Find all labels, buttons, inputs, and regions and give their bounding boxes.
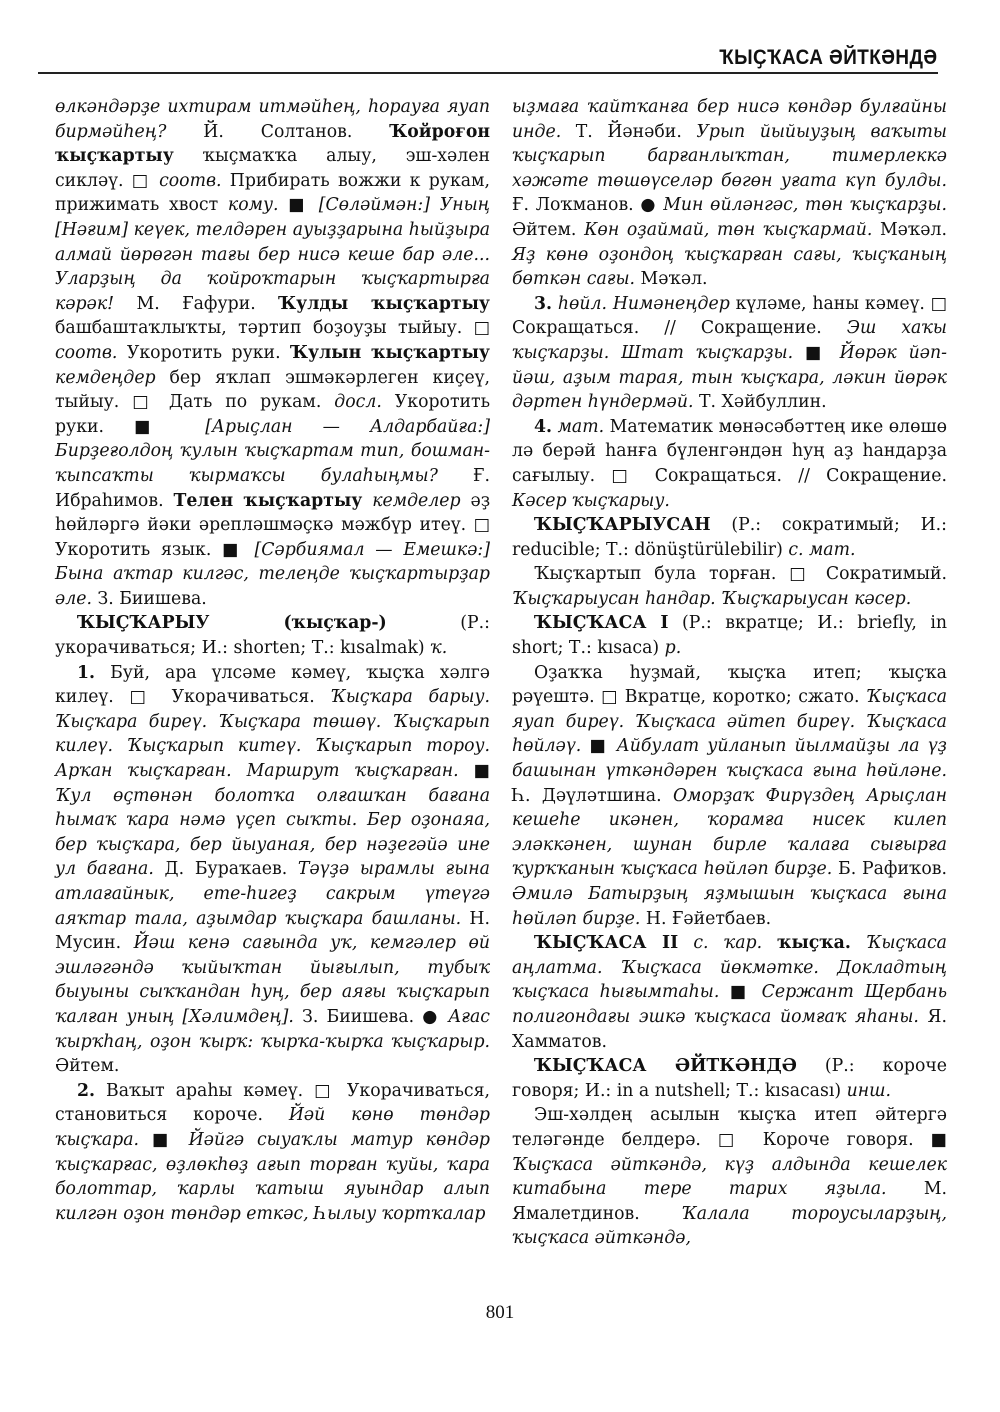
body-text (678, 933, 693, 953)
dictionary-paragraph: ҠЫҪҠАСА I (Р.: вкратце; И.: briefly, in … (512, 611, 947, 660)
body-text: Н. Ғәйетбаев. (640, 909, 771, 929)
headword-text: 1. (77, 663, 95, 683)
body-text: ■ (719, 982, 761, 1002)
dictionary-paragraph: Оҙаҡҡа һуҙмай, ҡыҫҡа итеп; ҡыҫҡа рәүештә… (512, 661, 947, 932)
body-text: Әйтем. (55, 1056, 119, 1076)
dictionary-paragraph: 3. һөйл. Нимәнеңдер күләме, һаны кәмеү. … (512, 292, 947, 415)
italic-text: инш. (847, 1081, 891, 1101)
headword-text: Ҡулды ҡыҫҡартыу (278, 294, 490, 314)
body-text: З. Биишева. (92, 589, 207, 609)
body-text: ■ (139, 1130, 189, 1150)
body-text: ■ (279, 195, 319, 215)
body-text: З. Биишева. ● (294, 1007, 448, 1027)
body-text: Й. Солтанов. (166, 122, 389, 142)
body-text: Т. Йәнәби. (561, 122, 696, 142)
italic-text: мат. (558, 417, 605, 437)
dictionary-paragraph: Эш-хәлдең асылын ҡыҫҡа итеп әйтергә телә… (512, 1103, 947, 1251)
body-text: М. Ғафури. (114, 294, 278, 314)
italic-text: р. (665, 638, 682, 658)
italic-text: кемделер (372, 491, 460, 511)
headword-text: Ҡулын ҡыҫҡартыу (290, 343, 490, 363)
body-text: Мәҡәл. (872, 220, 947, 240)
body-text: Ҡыҫҡартып була торған. □ Сократимый. (534, 564, 947, 584)
italic-text: Көн оҙаймай, төн ҡыҫҡармай. (584, 220, 872, 240)
italic-text: с. ҡар. (693, 933, 762, 953)
dictionary-paragraph: 2. Ваҡыт араһы кәмеү. □ Укорачиваться, с… (55, 1079, 490, 1227)
italic-text: кому. (228, 195, 279, 215)
italic-text: Ҡыҫҡарыусан һандар. Ҡыҫҡарыусан кәсер. (512, 589, 911, 609)
body-text: Д. Бураҡаев. (154, 859, 298, 879)
headword-text: 2. (77, 1081, 95, 1101)
body-text: Һ. Дәүләтшина. (512, 786, 673, 806)
headword-text: Телен ҡыҫҡартыу (173, 491, 362, 511)
right-column: ыҙмаға ҡайтҡанға бер нисә көндәр булғайн… (512, 95, 947, 1251)
body-text: Т. Хәйбуллин. (694, 392, 827, 412)
italic-text: кемдеңдер (55, 368, 156, 388)
body-text: ■ (793, 343, 840, 363)
page-number: 801 (0, 1302, 1000, 1324)
italic-text: соотв. (55, 343, 117, 363)
italic-text: Ҡыҫҡаса әйткәндә, күҙ алдында кешелек ки… (512, 1155, 947, 1200)
headword-text: ҡыҫҡа. (777, 933, 851, 953)
body-text: ■ (581, 736, 616, 756)
dictionary-paragraph: 4. мат. Математик мөнәсәбәттең ике өлөшө… (512, 415, 947, 513)
body-text: Ғ. Лоҡманов. ● (512, 195, 663, 215)
headword-text: ҠЫҪҠАСА I (534, 613, 669, 633)
body-text: ■ (459, 761, 490, 781)
italic-text: ҡ. (430, 638, 447, 658)
body-text: Укоротить руки. (117, 343, 290, 363)
body-text: Б. Рафиҡов. (832, 859, 947, 879)
headword-text: ҠЫҪҠАРЫУ (ҡыҫҡар-) (77, 613, 387, 633)
dictionary-paragraph: ҠЫҪҠАСА ӘЙТКӘНДӘ (Р.: короче говоря; И.:… (512, 1054, 947, 1103)
body-text (851, 933, 866, 953)
body-text: Мәҡәл. (635, 269, 708, 289)
body-text (362, 491, 372, 511)
headword-text: ҠЫҪҠАРЫУСАН (534, 515, 711, 535)
italic-text: с. мат. (788, 540, 855, 560)
dictionary-paragraph: 1. Буй, ара үлсәме кәмеү, ҡыҫҡа хәлгә ки… (55, 661, 490, 1079)
italic-text: һөйл. Нимәнеңдер (558, 294, 730, 314)
italic-text: Яҙ көнө оҙондоң ҡыҫҡарған сағы, ҡыҫҡаның… (512, 245, 947, 290)
body-text: Әйтем. (512, 220, 584, 240)
header-rule (38, 72, 938, 74)
body-text (762, 933, 777, 953)
italic-text: Мин өйләнгәс, төн ҡыҫҡарҙы. (663, 195, 947, 215)
italic-text: досл. (334, 392, 382, 412)
running-head: ҠЫҪҠАСА ӘЙТКӘНДӘ (720, 46, 938, 70)
left-column: өлкәндәрҙе ихтирам итмәйһең, һорауға яуа… (55, 95, 490, 1226)
dictionary-paragraph: ҠЫҪҠАРЫУ (ҡыҫҡар-) (Р.: укорачиваться; И… (55, 611, 490, 660)
dictionary-paragraph: ыҙмаға ҡайтҡанға бер нисә көндәр булғайн… (512, 95, 947, 292)
headword-text: ҠЫҪҠАСА ӘЙТКӘНДӘ (534, 1056, 797, 1076)
dictionary-paragraph: Ҡыҫҡартып була торған. □ Сократимый. Ҡыҫ… (512, 562, 947, 611)
dictionary-paragraph: ҠЫҪҠАСА II с. ҡар. ҡыҫҡа. Ҡыҫҡаса аңлатм… (512, 931, 947, 1054)
body-text: башбаштаҡлыҡты, тәртип боҙоуҙы тыйыу. □ (55, 318, 490, 338)
headword-text: 3. (534, 294, 552, 314)
dictionary-paragraph: ҠЫҪҠАРЫУСАН (Р.: сократимый; И.: reducib… (512, 513, 947, 562)
headword-text: 4. (534, 417, 552, 437)
italic-text: Кәсер ҡыҫҡарыу. (512, 491, 670, 511)
headword-text: ҠЫҪҠАСА II (534, 933, 678, 953)
body-text: Эш-хәлдең асылын ҡыҫҡа итеп әйтергә телә… (512, 1105, 947, 1150)
dictionary-paragraph: өлкәндәрҙе ихтирам итмәйһең, һорауға яуа… (55, 95, 490, 611)
italic-text: соотв. (159, 171, 221, 191)
